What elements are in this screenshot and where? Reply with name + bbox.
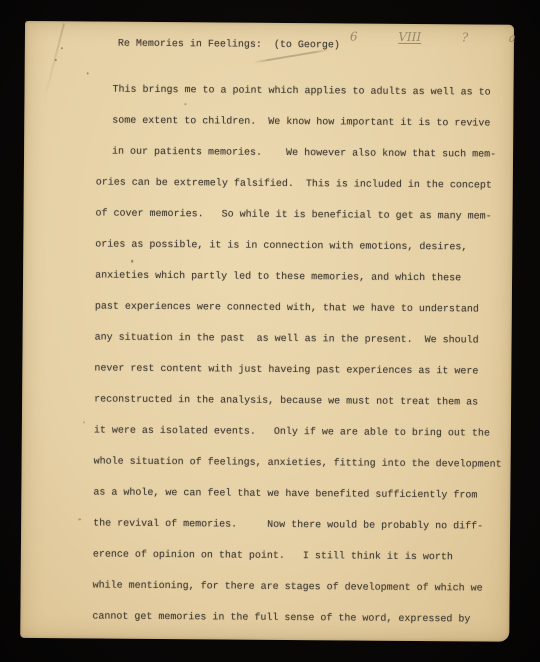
document-heading: Re Memories in Feelings: (to George) xyxy=(118,39,340,52)
typed-line: never rest content with just haveing pas… xyxy=(94,362,534,396)
typed-line: whole situation of feelings, anxieties, … xyxy=(93,455,533,489)
typed-line: ories as possible, it is in connection w… xyxy=(95,238,535,272)
typewritten-page: 6 VIII ? a Re Memories in Feelings: (to … xyxy=(20,21,514,642)
typed-line: some extent to children. We know how imp… xyxy=(96,114,536,148)
paper-speckle xyxy=(55,59,57,61)
paper-speckle xyxy=(61,47,63,49)
typed-line: cannot get memories in the full sense of… xyxy=(92,610,532,644)
typed-line: anxieties which partly led to these memo… xyxy=(95,269,535,303)
pencil-annotation: ? xyxy=(462,30,469,44)
pencil-annotation: a xyxy=(509,31,516,45)
typed-line: in our patients memories. We however als… xyxy=(96,145,536,179)
typed-line: reconstructed in the analysis, because w… xyxy=(94,393,534,427)
pencil-annotations: 6 VIII ? a xyxy=(350,29,516,44)
typed-line: This brings me to a point which applies … xyxy=(96,83,536,117)
typed-text-body: This brings me to a point which applies … xyxy=(92,83,536,644)
pencil-annotation: VIII xyxy=(398,30,421,44)
paper-speckle xyxy=(78,518,81,520)
typed-line: the revival of memories. Now there would… xyxy=(93,517,533,551)
typed-line: it were as isolated events. Only if we a… xyxy=(94,424,534,458)
typed-line: ories can be extremely falsified. This i… xyxy=(96,176,536,210)
paper-crease xyxy=(43,23,64,101)
pencil-annotation: 6 xyxy=(350,29,358,43)
typed-line: any situation in the past as well as in … xyxy=(94,331,534,365)
photo-backdrop: { "page": { "backdrop_color": "#0a0807",… xyxy=(0,0,540,662)
typed-line: as a whole, we can feel that we have ben… xyxy=(93,486,533,520)
paper-speckle xyxy=(87,72,89,74)
paper-speckle xyxy=(83,421,85,423)
typed-line: while mentioning, for there are stages o… xyxy=(92,579,532,613)
typed-line: erence of opinion on that point. I still… xyxy=(93,548,533,582)
typed-line: of cover memories. So while it is benefi… xyxy=(95,207,535,241)
typed-line: past experiences were connected with, th… xyxy=(95,300,535,334)
